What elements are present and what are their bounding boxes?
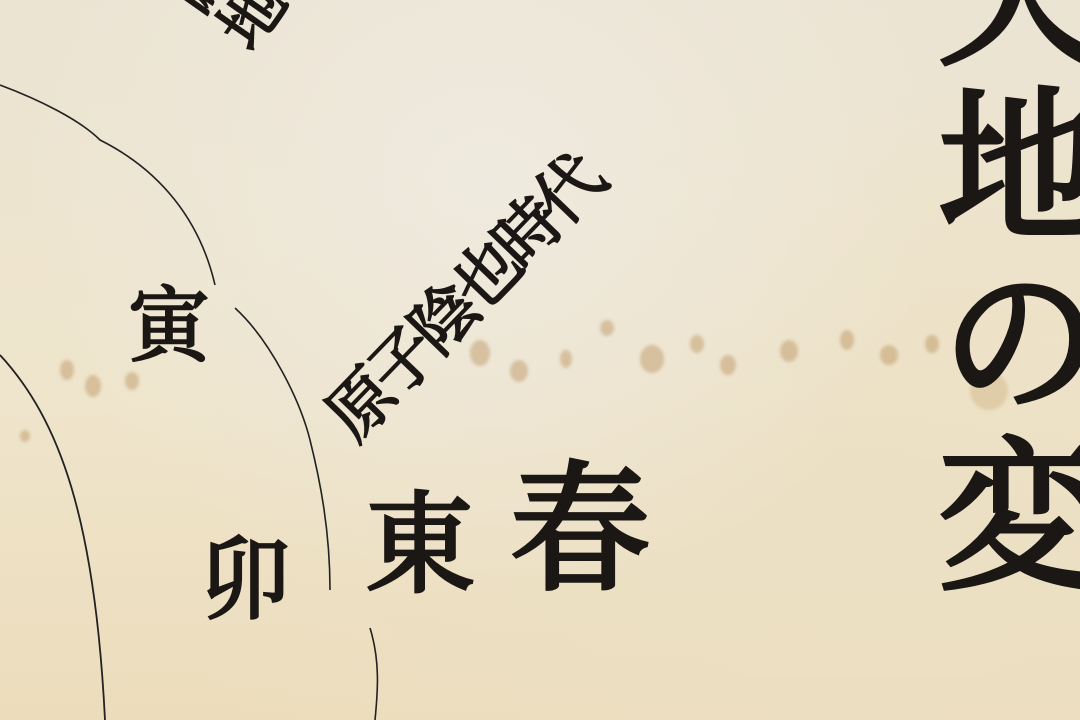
zodiac-rabbit-character: 卯	[200, 535, 290, 625]
large-title-column: 天地の変	[925, 0, 1080, 605]
season-spring-character: 春	[510, 460, 650, 600]
direction-east-character: 東	[365, 490, 475, 600]
zodiac-tiger-character: 寅	[128, 285, 210, 367]
